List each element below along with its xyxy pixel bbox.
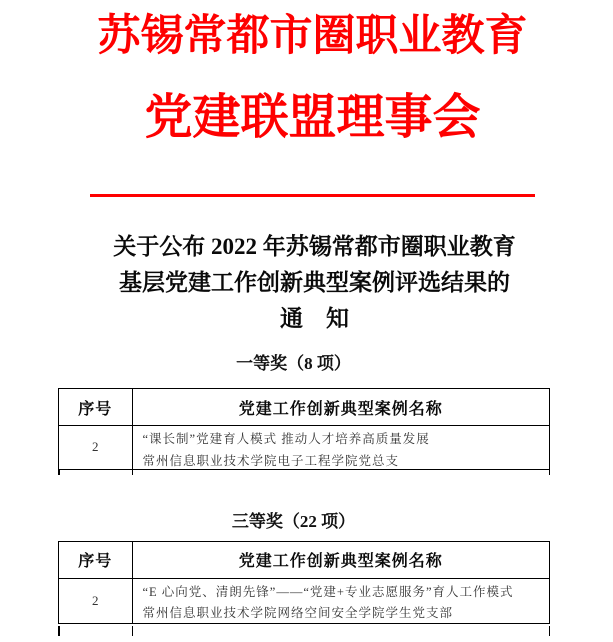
notice-title-line3: 通 知 bbox=[8, 301, 613, 337]
header-cell-seq: 序号 bbox=[59, 389, 133, 425]
case-name-line: “E 心向党、清朗先锋”——“党建+专业志愿服务”育人工作模式 bbox=[143, 582, 544, 604]
red-divider-rule bbox=[90, 194, 535, 197]
row-case-cell: “E 心向党、清朗先锋”——“党建+专业志愿服务”育人工作模式 常州信息职业技术… bbox=[133, 579, 550, 624]
row-case-cell: “课长制”党建育人模式 推动人才培养高质量发展 常州信息职业技术学院电子工程学院… bbox=[133, 426, 550, 469]
table1-cropped-border-left bbox=[58, 470, 60, 475]
table2-cropped-border-left bbox=[58, 626, 60, 636]
notice-document-page: 苏锡常都市圈职业教育 党建联盟理事会 关于公布 2022 年苏锡常都市圈职业教育… bbox=[0, 0, 613, 642]
notice-title-line1: 关于公布 2022 年苏锡常都市圈职业教育 bbox=[8, 229, 613, 265]
org-name-line: 常州信息职业技术学院电子工程学院党总支 bbox=[143, 451, 544, 469]
notice-title: 关于公布 2022 年苏锡常都市圈职业教育 基层党建工作创新典型案例评选结果的 … bbox=[8, 229, 613, 337]
notice-title-line2: 基层党建工作创新典型案例评选结果的 bbox=[8, 265, 613, 301]
third-prize-heading: 三等奖（22 项） bbox=[0, 510, 600, 534]
table1-cropped-border-right bbox=[549, 470, 551, 475]
header-cell-case-name: 党建工作创新典型案例名称 bbox=[133, 389, 550, 425]
row-seq-value: 2 bbox=[92, 439, 99, 455]
header-cell-seq: 序号 bbox=[59, 542, 133, 578]
case-name-line: “课长制”党建育人模式 推动人才培养高质量发展 bbox=[143, 429, 544, 451]
first-prize-heading: 一等奖（8 项） bbox=[0, 352, 600, 376]
table2-cropped-border-mid bbox=[132, 626, 134, 636]
row-seq-cell: 2 bbox=[59, 426, 133, 469]
table1-cropped-border-mid bbox=[132, 470, 134, 475]
org-name-line: 常州信息职业技术学院网络空间安全学院学生党支部 bbox=[143, 603, 544, 623]
row-seq-value: 2 bbox=[92, 593, 99, 609]
row-seq-cell: 2 bbox=[59, 579, 133, 624]
org-title-line1: 苏锡常都市圈职业教育 bbox=[6, 12, 613, 63]
first-prize-table: 序号 党建工作创新典型案例名称 2 “课长制”党建育人模式 推动人才培养高质量发… bbox=[58, 388, 550, 470]
table2-cropped-border-right bbox=[549, 626, 551, 636]
table-row: 2 “E 心向党、清朗先锋”——“党建+专业志愿服务”育人工作模式 常州信息职业… bbox=[59, 578, 549, 624]
third-prize-table: 序号 党建工作创新典型案例名称 2 “E 心向党、清朗先锋”——“党建+专业志愿… bbox=[58, 541, 550, 624]
table-row: 2 “课长制”党建育人模式 推动人才培养高质量发展 常州信息职业技术学院电子工程… bbox=[59, 425, 549, 469]
table-header-row: 序号 党建工作创新典型案例名称 bbox=[59, 389, 549, 425]
org-title-line2: 党建联盟理事会 bbox=[6, 90, 613, 147]
header-cell-case-name: 党建工作创新典型案例名称 bbox=[133, 542, 550, 578]
table-header-row: 序号 党建工作创新典型案例名称 bbox=[59, 542, 549, 578]
